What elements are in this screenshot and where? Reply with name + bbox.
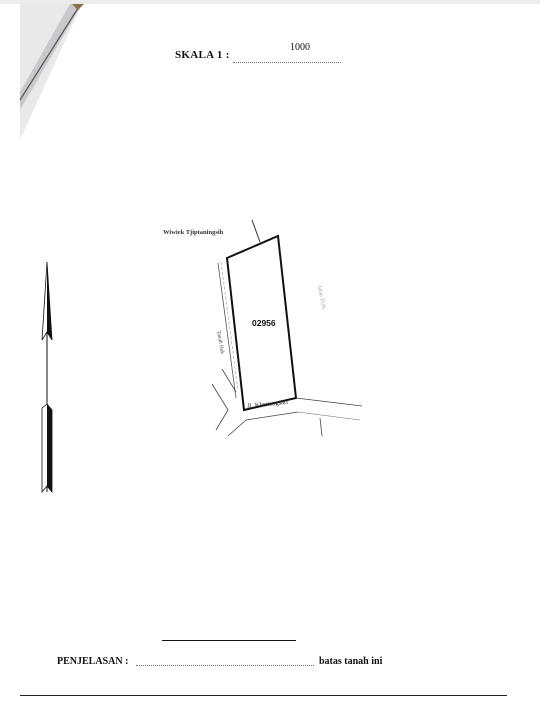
bottom-rule bbox=[20, 695, 507, 696]
north-arrow-icon bbox=[42, 262, 52, 492]
parcel-map bbox=[0, 0, 540, 720]
legend-label: PENJELASAN : bbox=[57, 656, 128, 667]
neighbor-owner-label: Wiwiek Tjiptaningsih bbox=[163, 229, 223, 236]
signature-line bbox=[162, 640, 296, 641]
legend-description: batas tanah ini bbox=[319, 656, 382, 667]
parcel-id: 02956 bbox=[252, 318, 276, 328]
legend-dotted-line bbox=[136, 665, 314, 666]
